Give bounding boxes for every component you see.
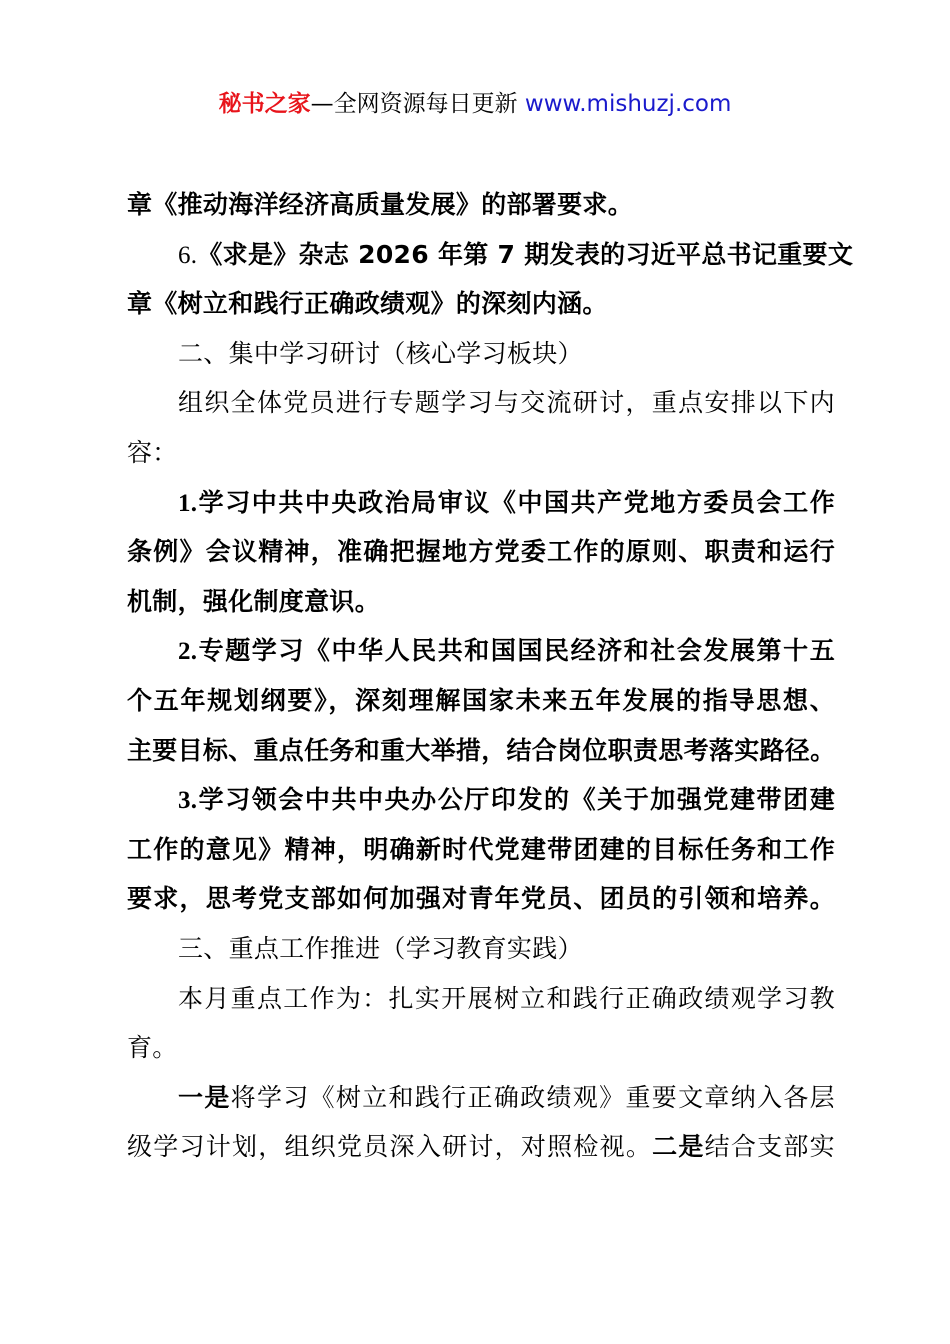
list-item-6: 6.《求是》杂志 2026 年第 7 期发表的习近平总书记重要文 xyxy=(127,230,835,280)
item-number: 1. xyxy=(178,490,197,517)
line-text: 组织全体党员进行专题学习与交流研讨，重点安排以下内 xyxy=(178,388,835,417)
line-text: 学习中共中央政治局审议《中国共产党地方委员会工作 xyxy=(197,488,835,517)
line-text: 章《推动海洋经济高质量发展》的部署要求。 xyxy=(127,190,633,219)
text-line: 工作的意见》精神，明确新时代党建带团建的目标任务和工作 xyxy=(127,825,835,875)
list-item-3: 3.学习领会中共中央办公厅印发的《关于加强党建带团建 xyxy=(127,775,835,825)
text-line: 条例》会议精神，准确把握地方党委工作的原则、职责和运行 xyxy=(127,527,835,577)
paragraph-line: 一是将学习《树立和践行正确政绩观》重要文章纳入各层 xyxy=(127,1073,835,1123)
paragraph-line: 本月重点工作为：扎实开展树立和践行正确政绩观学习教 xyxy=(127,974,835,1024)
line-text: 容： xyxy=(127,438,178,467)
section-heading-3: 三、重点工作推进（学习教育实践） xyxy=(127,924,835,974)
text-line: 章《树立和践行正确政绩观》的深刻内涵。 xyxy=(127,279,835,329)
line-text: 条例》会议精神，准确把握地方党委工作的原则、职责和运行 xyxy=(127,537,835,566)
line-text: 育。 xyxy=(127,1033,178,1062)
brand-name: 秘书之家 xyxy=(219,91,311,117)
line-text: 要求，思考党支部如何加强对青年党员、团员的引领和培养。 xyxy=(127,884,835,913)
banner-tagline: —全网资源每日更新 xyxy=(311,91,525,117)
line-text: 《求是》杂志 2026 年第 7 期发表的习近平总书记重要文 xyxy=(197,240,853,269)
heading-text: 三、重点工作推进（学习教育实践） xyxy=(178,934,583,963)
text-line: 要求，思考党支部如何加强对青年党员、团员的引领和培养。 xyxy=(127,874,835,924)
text-line: 个五年规划纲要》，深刻理解国家未来五年发展的指导思想、 xyxy=(127,676,835,726)
paragraph-line: 级学习计划，组织党员深入研讨，对照检视。二是结合支部实 xyxy=(127,1122,835,1172)
list-item-1: 1.学习中共中央政治局审议《中国共产党地方委员会工作 xyxy=(127,478,835,528)
line-text: 级学习计划，组织党员深入研讨，对照检视。 xyxy=(127,1132,652,1161)
item-number: 3. xyxy=(178,787,197,814)
paragraph-line: 组织全体党员进行专题学习与交流研讨，重点安排以下内 xyxy=(127,378,835,428)
line-text: 学习领会中共中央办公厅印发的《关于加强党建带团建 xyxy=(197,785,835,814)
line-text: 将学习《树立和践行正确政绩观》重要文章纳入各层 xyxy=(231,1083,835,1112)
text-line: 章《推动海洋经济高质量发展》的部署要求。 xyxy=(127,180,835,230)
site-url-link[interactable]: www.mishuzj.com xyxy=(525,91,731,117)
item-number: 6. xyxy=(178,242,197,269)
line-text: 工作的意见》精神，明确新时代党建带团建的目标任务和工作 xyxy=(127,835,835,864)
line-text: 机制，强化制度意识。 xyxy=(127,587,380,616)
item-number: 2. xyxy=(178,638,197,665)
text-line: 主要目标、重点任务和重大举措，结合岗位职责思考落实路径。 xyxy=(127,726,835,776)
site-banner: 秘书之家—全网资源每日更新 www.mishuzj.com xyxy=(0,86,950,122)
paragraph-line: 育。 xyxy=(127,1023,835,1073)
list-item-2: 2.专题学习《中华人民共和国国民经济和社会发展第十五 xyxy=(127,626,835,676)
text-line: 机制，强化制度意识。 xyxy=(127,577,835,627)
emphasis-lead: 二是 xyxy=(652,1132,705,1161)
line-text: 章《树立和践行正确政绩观》的深刻内涵。 xyxy=(127,289,608,318)
line-text: 本月重点工作为：扎实开展树立和践行正确政绩观学习教 xyxy=(178,984,835,1013)
document-body: 章《推动海洋经济高质量发展》的部署要求。 6.《求是》杂志 2026 年第 7 … xyxy=(127,180,835,1172)
paragraph-line: 容： xyxy=(127,428,835,478)
line-text: 专题学习《中华人民共和国国民经济和社会发展第十五 xyxy=(197,636,835,665)
emphasis-lead: 一是 xyxy=(178,1083,231,1112)
line-text: 主要目标、重点任务和重大举措，结合岗位职责思考落实路径。 xyxy=(127,736,835,765)
heading-text: 二、集中学习研讨（核心学习板块） xyxy=(178,339,583,368)
section-heading-2: 二、集中学习研讨（核心学习板块） xyxy=(127,329,835,379)
line-text-tail: 结合支部实 xyxy=(705,1132,835,1161)
line-text: 个五年规划纲要》，深刻理解国家未来五年发展的指导思想、 xyxy=(127,686,835,715)
